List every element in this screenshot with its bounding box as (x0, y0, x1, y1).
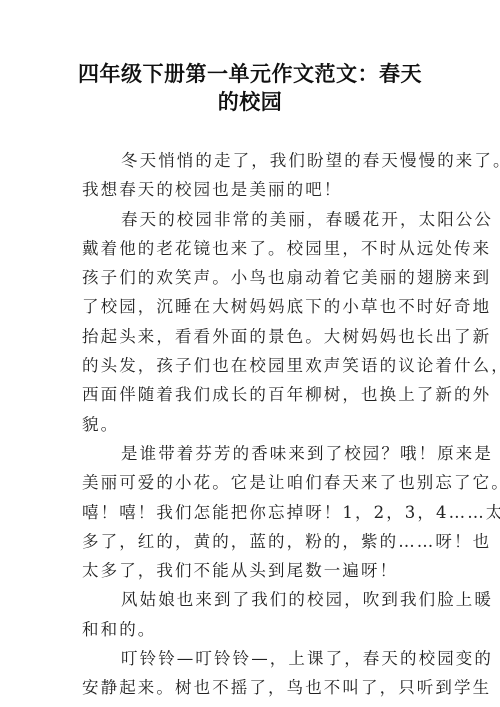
text-line: 抬起头来，看看外面的景色。大树妈妈也长出了新 (82, 322, 434, 351)
text-line: 风姑娘也来到了我们的校园，吹到我们脸上暖 (82, 585, 434, 614)
text-line: 和和的。 (82, 615, 434, 644)
essay-body: 冬天悄悄的走了，我们盼望的春天慢慢的来了。 我想春天的校园也是美丽的吧！ 春天的… (82, 146, 434, 703)
text-line: 戴着他的老花镜也来了。校园里，不时从远处传来 (82, 234, 434, 263)
text-line: 冬天悄悄的走了，我们盼望的春天慢慢的来了。 (82, 146, 434, 175)
document-title-line-2: 的校园 (60, 88, 440, 117)
text-line: 的头发，孩子们也在校园里欢声笑语的议论着什么， (82, 351, 434, 380)
text-line: 太多了，我们不能从头到尾数一遍呀！ (82, 556, 434, 585)
text-line: 叮铃铃—叮铃铃—，上课了，春天的校园变的 (82, 644, 434, 673)
text-line: 春天的校园非常的美丽，春暖花开，太阳公公 (82, 205, 434, 234)
text-line: 多了，红的，黄的，蓝的，粉的，紫的……呀！也 (82, 527, 434, 556)
text-line: 西面伴随着我们成长的百年柳树，也换上了新的外 (82, 380, 434, 409)
document-page: 四年级下册第一单元作文范文：春天 的校园 冬天悄悄的走了，我们盼望的春天慢慢的来… (0, 0, 500, 707)
text-line: 美丽可爱的小花。它是让咱们春天来了也别忘了它。 (82, 468, 434, 497)
text-line: 了校园，沉睡在大树妈妈底下的小草也不时好奇地 (82, 292, 434, 321)
text-line: 貌。 (82, 410, 434, 439)
text-line: 孩子们的欢笑声。小鸟也扇动着它美丽的翅膀来到 (82, 263, 434, 292)
text-line: 是谁带着芬芳的香味来到了校园？哦！原来是 (82, 439, 434, 468)
document-title-line-1: 四年级下册第一单元作文范文：春天 (60, 60, 440, 89)
text-line: 安静起来。树也不摇了，鸟也不叫了，只听到学生 (82, 673, 434, 702)
text-line: 嘻！嘻！我们怎能把你忘掉呀！1，2，3，4……太 (82, 498, 434, 527)
text-line: 我想春天的校园也是美丽的吧！ (82, 175, 434, 204)
